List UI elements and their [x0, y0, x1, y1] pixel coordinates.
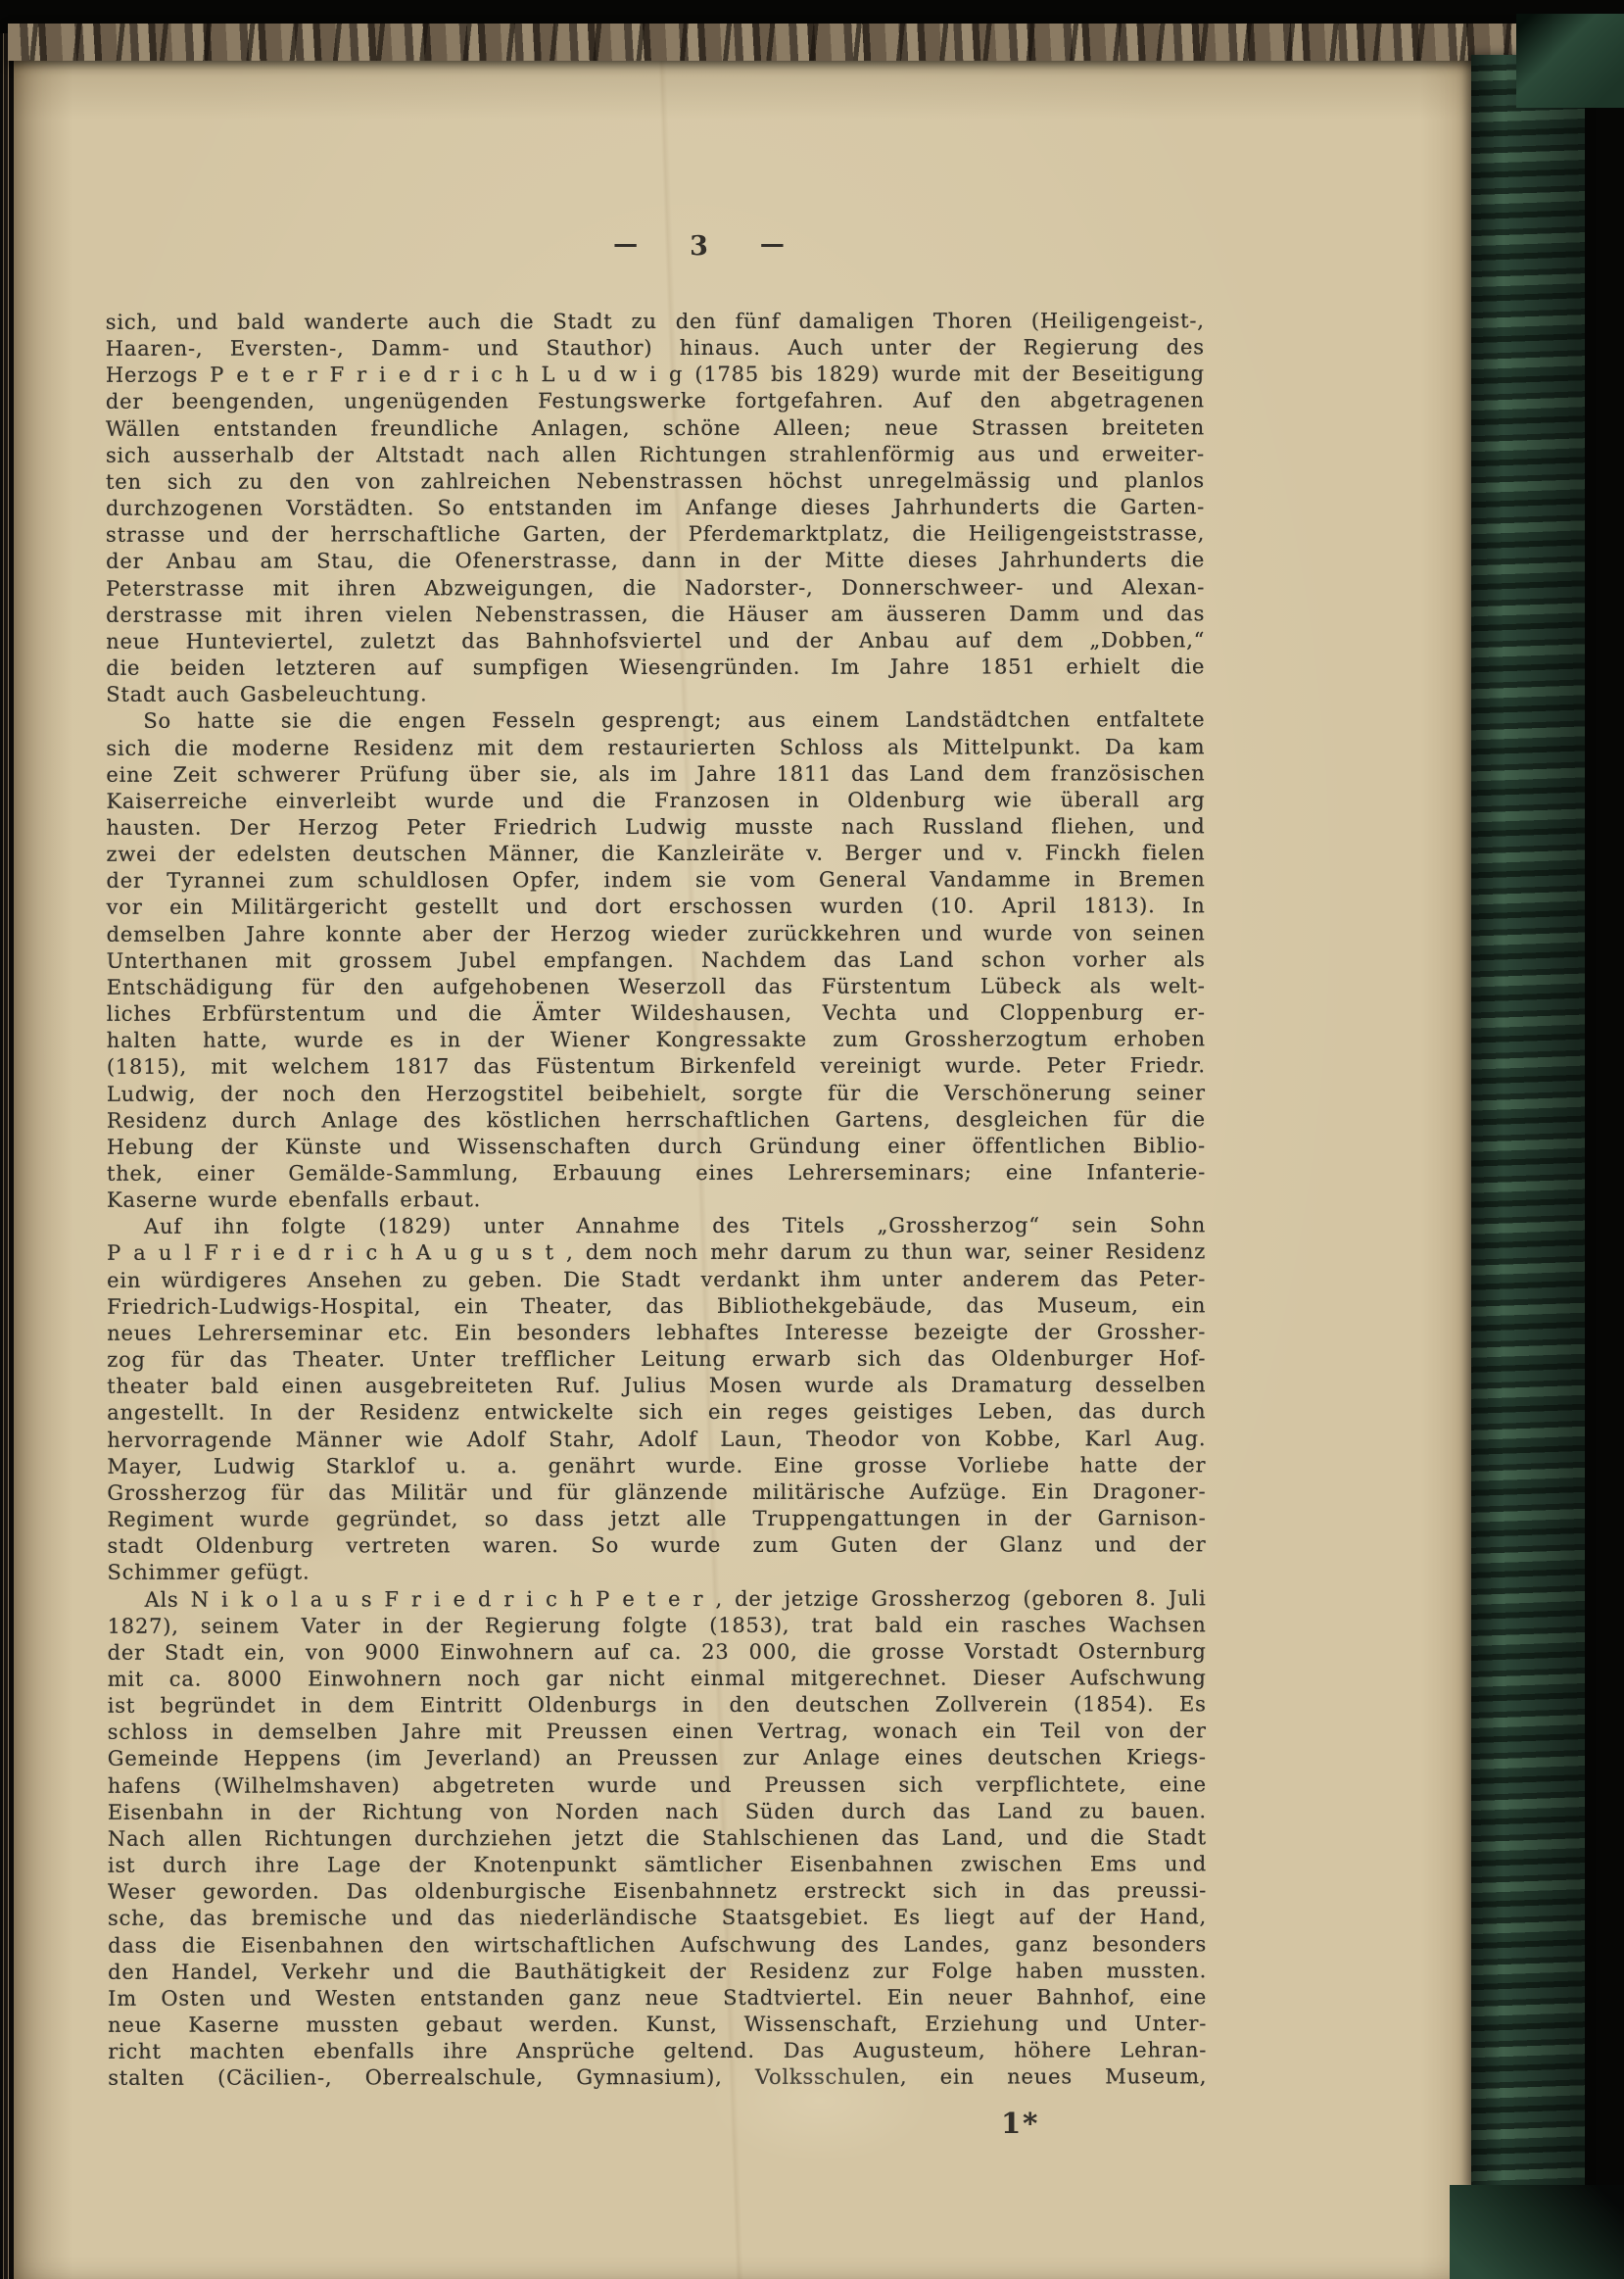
text-line: zog für das Theater. Unter trefflicher L…	[107, 1345, 1206, 1374]
text-line: neues Lehrerseminar etc. Ein besonders l…	[107, 1319, 1206, 1347]
marbled-fore-edge	[1471, 55, 1585, 2191]
text-line: Haaren-, Eversten-, Damm- und Stauthor) …	[106, 334, 1205, 363]
text-line: Residenz durch Anlage des köstlichen her…	[107, 1106, 1206, 1135]
text-line: ten sich zu den von zahlreichen Nebenstr…	[106, 467, 1205, 496]
text-line: stalten (Cäcilien-, Oberrealschule, Gymn…	[108, 2064, 1207, 2093]
text-line: sich, und bald wanderte auch die Stadt z…	[106, 308, 1205, 336]
text-line: Gemeinde Heppens (im Jeverland) an Preus…	[108, 1745, 1207, 1773]
text-line: der Stadt ein, von 9000 Einwohnern auf c…	[108, 1638, 1207, 1667]
text-line: P a u l F r i e d r i c h A u g u s t , …	[107, 1239, 1206, 1268]
text-line: schloss in demselben Jahre mit Preussen …	[108, 1718, 1207, 1746]
text-line: hafens (Wilhelmshaven) abgetreten wurde …	[108, 1771, 1207, 1800]
text-line: den Handel, Verkehr und die Bauthätigkei…	[108, 1958, 1207, 1986]
text-line: ist begründet in dem Eintritt Oldenburgs…	[108, 1691, 1207, 1720]
paragraph: sich, und bald wanderte auch die Stadt z…	[106, 308, 1206, 708]
text-line: Grossherzog für das Militär und für glän…	[107, 1479, 1206, 1507]
text-line: Wällen entstanden freundliche Anlagen, s…	[106, 414, 1205, 443]
text-line: Weser geworden. Das oldenburgische Eisen…	[108, 1877, 1207, 1906]
cover-corner-top-right	[1516, 14, 1624, 108]
text-line: Stadt auch Gasbeleuchtung.	[106, 680, 1205, 708]
text-line: Ludwig, der noch den Herzogstitel beibeh…	[107, 1080, 1206, 1108]
text-line: 1827), seinem Vater in der Regierung fol…	[108, 1612, 1207, 1640]
text-line: (1815), mit welchem 1817 das Füstentum B…	[107, 1053, 1206, 1082]
text-line: So hatte sie die engen Fesseln gesprengt…	[106, 707, 1205, 736]
text-line: eine Zeit schwerer Prüfung über sie, als…	[106, 760, 1205, 789]
text-line: liches Erbfürstentum und die Ämter Wilde…	[107, 999, 1206, 1028]
text-line: Mayer, Ludwig Starklof u. a. genährt wur…	[107, 1452, 1206, 1480]
text-line: der Tyrannei zum schuldlosen Opfer, inde…	[107, 866, 1206, 895]
text-line: Herzogs P e t e r F r i e d r i c h L u …	[106, 362, 1205, 390]
text-line: Kaserne wurde ebenfalls erbaut.	[107, 1186, 1206, 1214]
text-line: hervorragende Männer wie Adolf Stahr, Ad…	[107, 1426, 1206, 1454]
paragraph: Auf ihn folgte (1829) unter Annahme des …	[107, 1213, 1207, 1587]
text-line: Entschädigung für den aufgehobenen Weser…	[107, 973, 1206, 1001]
book-page: —3— sich, und bald wanderte auch die Sta…	[14, 53, 1479, 2279]
marbled-top-edge	[8, 24, 1585, 61]
text-line: Friedrich-Ludwigs-Hospital, ein Theater,…	[107, 1292, 1206, 1321]
text-line: derstrasse mit ihren vielen Nebenstrasse…	[106, 601, 1205, 629]
text-line: Auf ihn folgte (1829) unter Annahme des …	[107, 1213, 1206, 1241]
header-dash-right: —	[760, 229, 786, 258]
text-line: demselben Jahre konnte aber der Herzog w…	[107, 920, 1206, 948]
text-line: sche, das bremische und das niederländis…	[108, 1905, 1207, 1933]
page-header: —3—	[151, 231, 1248, 262]
text-line: richt machten ebenfalls ihre Ansprüche g…	[108, 2037, 1207, 2065]
text-line: Unterthanen mit grossem Jubel empfangen.…	[107, 946, 1206, 975]
text-line: halten hatte, wurde es in der Wiener Kon…	[107, 1026, 1206, 1054]
text-line: sich die moderne Residenz mit dem restau…	[106, 734, 1205, 762]
text-line: neue Hunteviertel, zuletzt das Bahnhofsv…	[106, 627, 1205, 655]
text-line: Hebung der Künste und Wissenschaften dur…	[107, 1133, 1206, 1161]
text-line: hausten. Der Herzog Peter Friedrich Ludw…	[106, 813, 1205, 842]
text-line: theater bald einen ausgebreiteten Ruf. J…	[107, 1372, 1206, 1400]
cover-corner-bottom-right	[1450, 2185, 1624, 2279]
text-line: vor ein Militärgericht gestellt und dort…	[107, 894, 1206, 922]
text-line: Im Osten und Westen entstanden ganz neue…	[108, 1984, 1207, 2012]
text-block: sich, und bald wanderte auch die Stadt z…	[106, 308, 1208, 2092]
paragraph: So hatte sie die engen Fesseln gesprengt…	[106, 707, 1206, 1215]
scanned-book-page: —3— sich, und bald wanderte auch die Sta…	[0, 0, 1624, 2279]
text-line: ist durch ihre Lage der Knotenpunkt sämt…	[108, 1851, 1207, 1879]
text-line: thek, einer Gemälde-Sammlung, Erbauung e…	[107, 1159, 1206, 1188]
text-line: sich ausserhalb der Altstadt nach allen …	[106, 441, 1205, 469]
text-line: dass die Eisenbahnen den wirtschaftliche…	[108, 1931, 1207, 1960]
text-line: Regiment wurde gegründet, so dass jetzt …	[107, 1505, 1206, 1533]
text-line: der beengenden, ungenügenden Festungswer…	[106, 388, 1205, 416]
text-line: neue Kaserne mussten gebaut werden. Kuns…	[108, 2011, 1207, 2039]
paragraph: Als N i k o l a u s F r i e d r i c h P …	[108, 1585, 1208, 2093]
text-line: Kaiserreiche einverleibt wurde und die F…	[106, 787, 1205, 815]
text-line: Peterstrasse mit ihren Abzweigungen, die…	[106, 574, 1205, 603]
text-line: die beiden letzteren auf sumpfigen Wiese…	[106, 654, 1205, 682]
text-line: angestellt. In der Residenz entwickelte …	[107, 1399, 1206, 1428]
text-line: zwei der edelsten deutschen Männer, die …	[106, 840, 1205, 868]
text-line: stadt Oldenburg vertreten waren. So wurd…	[107, 1531, 1206, 1560]
text-line: durchzogenen Vorstädten. So entstanden i…	[106, 494, 1205, 522]
header-dash-left: —	[613, 229, 639, 258]
signature-mark: 1*	[1001, 2107, 1039, 2140]
text-line: Eisenbahn in der Richtung von Norden nac…	[108, 1798, 1207, 1826]
page-number: 3	[690, 231, 709, 262]
text-line: ein würdigeres Ansehen zu geben. Die Sta…	[107, 1266, 1206, 1294]
text-line: strasse und der herrschaftliche Garten, …	[106, 520, 1205, 549]
text-line: mit ca. 8000 Einwohnern noch gar nicht e…	[108, 1665, 1207, 1693]
text-line: Nach allen Richtungen durchziehen jetzt …	[108, 1824, 1207, 1853]
text-line: Als N i k o l a u s F r i e d r i c h P …	[108, 1585, 1207, 1614]
text-line: der Anbau am Stau, die Ofenerstrasse, da…	[106, 548, 1205, 576]
text-line: Schimmer gefügt.	[108, 1559, 1207, 1587]
